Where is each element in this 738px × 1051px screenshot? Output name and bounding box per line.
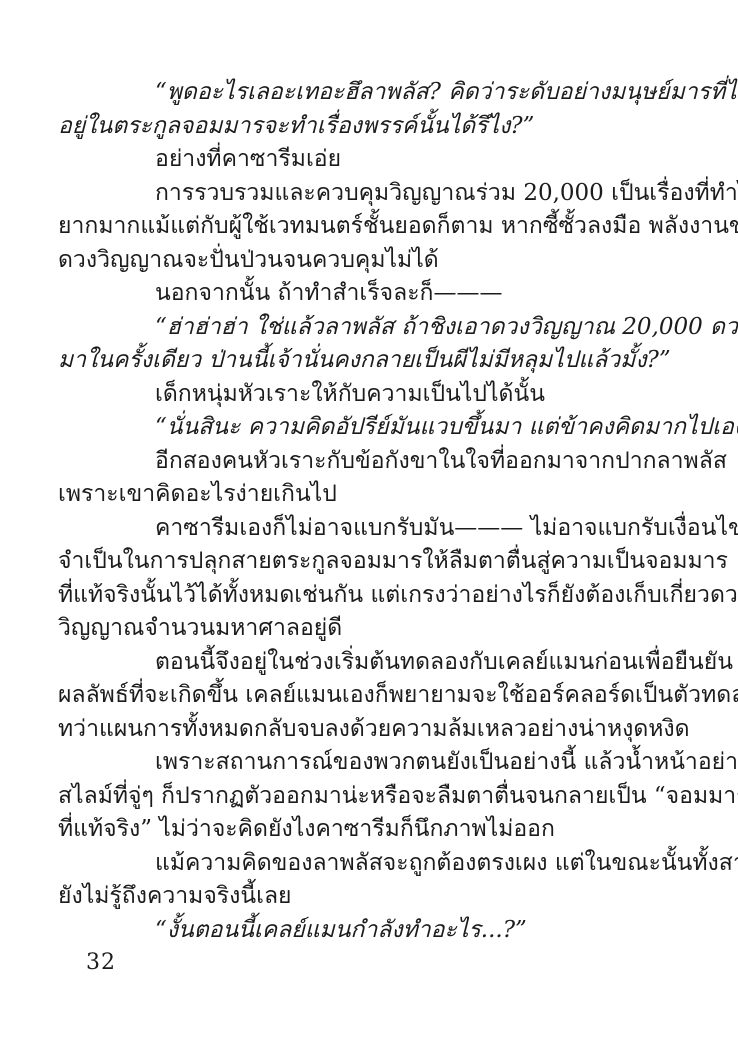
text-line: ดวงวิญญาณจะปั่นป่วนจนควบคุมไม่ได้: [58, 244, 682, 278]
text-line: คาซารีมเองก็ไม่อาจแบกรับมัน——— ไม่อาจแบก…: [58, 512, 682, 546]
page-number: 32: [86, 950, 116, 975]
text-line: เด็กหนุ่มหัวเราะให้กับความเป็นไปได้นั้น: [58, 378, 682, 412]
text-line: แม้ความคิดของลาพลัสจะถูกต้องตรงเผง แต่ใน…: [58, 847, 682, 881]
text-line: จำเป็นในการปลุกสายตระกูลจอมมารให้ลืมตาตื…: [58, 545, 682, 579]
text-line: “นั่นสินะ ความคิดอัปรีย์มันแวบขึ้นมา แต่…: [58, 411, 682, 445]
text-line: ผลลัพธ์ที่จะเกิดขึ้น เคลย์แมนเองก็พยายาม…: [58, 679, 682, 713]
text-line: เพราะเขาคิดอะไรง่ายเกินไป: [58, 478, 682, 512]
text-line: เพราะสถานการณ์ของพวกตนยังเป็นอย่างนี้ แล…: [58, 746, 682, 780]
text-line: “งั้นตอนนี้เคลย์แมนกำลังทำอะไร...?”: [58, 914, 682, 948]
text-line: อยู่ในตระกูลจอมมารจะทำเรื่องพรรค์นั้นได้…: [58, 110, 682, 144]
text-line: นอกจากนั้น ถ้าทำสำเร็จละก็———: [58, 277, 682, 311]
text-line: อีกสองคนหัวเราะกับข้อกังขาในใจที่ออกมาจา…: [58, 445, 682, 479]
text-line: อย่างที่คาซารีมเอ่ย: [58, 143, 682, 177]
text-line: ที่แท้จริงนั้นไว้ได้ทั้งหมดเช่นกัน แต่เก…: [58, 579, 682, 613]
text-line: การรวบรวมและควบคุมวิญญาณร่วม 20,000 เป็น…: [58, 177, 682, 211]
text-line: วิญญาณจำนวนมหาศาลอยู่ดี: [58, 612, 682, 646]
text-line: มาในครั้งเดียว ป่านนี้เจ้านั่นคงกลายเป็น…: [58, 344, 682, 378]
text-line: ทว่าแผนการทั้งหมดกลับจบลงด้วยความล้มเหลว…: [58, 713, 682, 747]
text-line: “ฮ่าฮ่าฮ่า ใช่แล้วลาพลัส ถ้าชิงเอาดวงวิญ…: [58, 311, 682, 345]
text-line: ตอนนี้จึงอยู่ในช่วงเริ่มต้นทดลองกับเคลย์…: [58, 646, 682, 680]
body-text: “พูดอะไรเลอะเทอะฮึลาพลัส? คิดว่าระดับอย่…: [58, 76, 682, 947]
text-line: ยากมากแม้แต่กับผู้ใช้เวทมนตร์ชั้นยอดก็ตา…: [58, 210, 682, 244]
text-line: ยังไม่รู้ถึงความจริงนี้เลย: [58, 880, 682, 914]
text-line: ที่แท้จริง” ไม่ว่าจะคิดยังไงคาซารีมก็นึก…: [58, 813, 682, 847]
text-line: “พูดอะไรเลอะเทอะฮึลาพลัส? คิดว่าระดับอย่…: [58, 76, 682, 110]
text-line: สไลม์ที่จู่ๆ ก็ปรากฏตัวออกมาน่ะหรือจะลืม…: [58, 780, 682, 814]
book-page: “พูดอะไรเลอะเทอะฮึลาพลัส? คิดว่าระดับอย่…: [0, 0, 738, 1051]
